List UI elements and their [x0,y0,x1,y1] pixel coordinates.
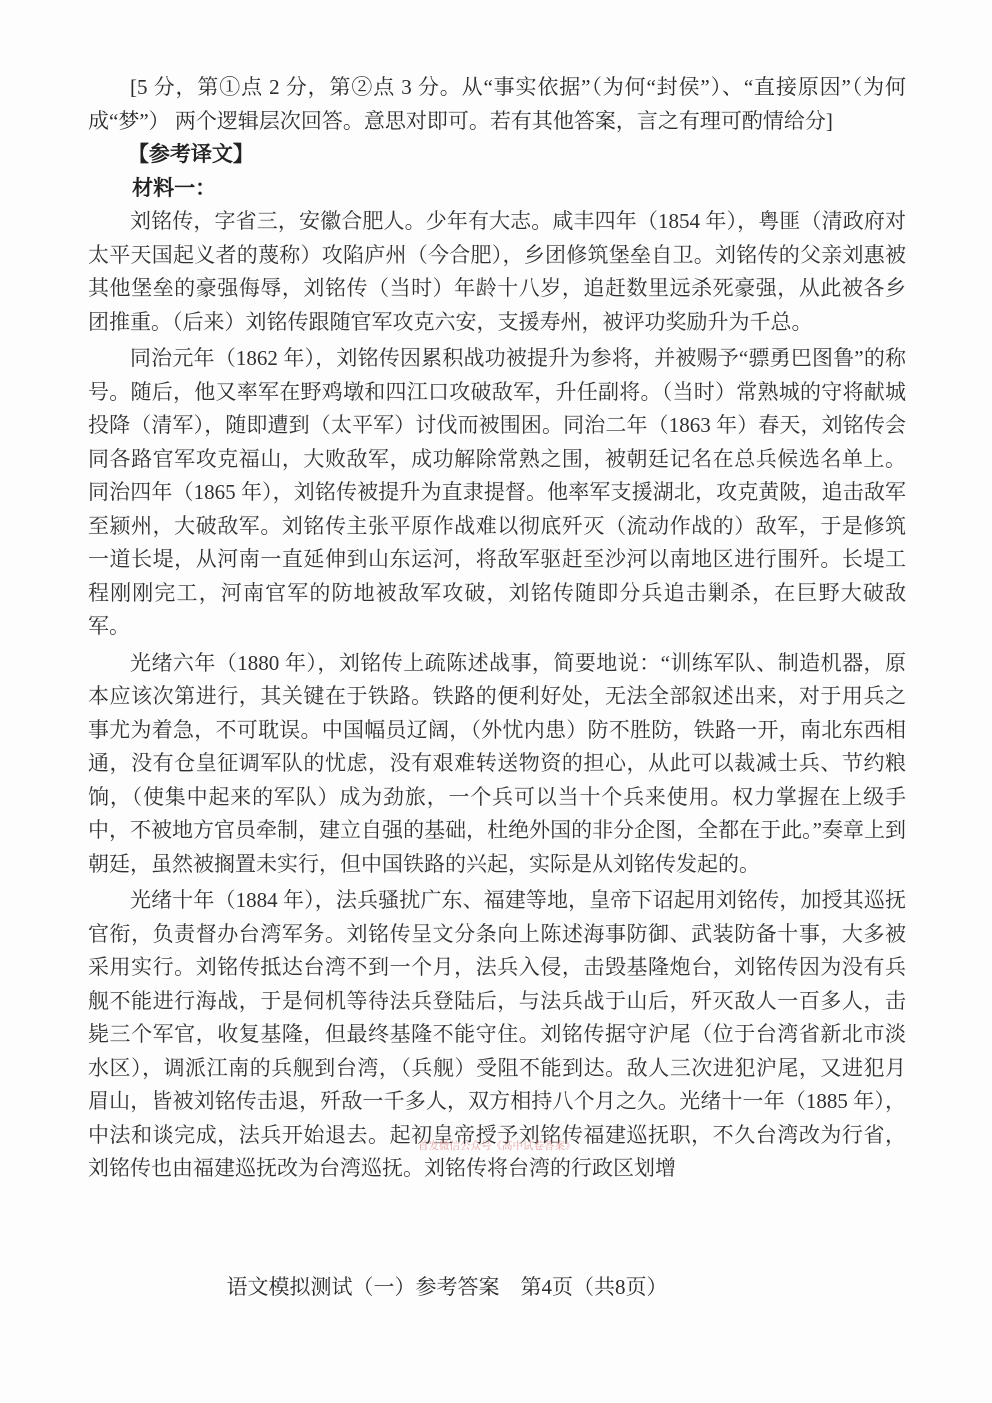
page-content: [5 分，第①点 2 分，第②点 3 分。从“事实依据”（为何“封侯”）、“直接… [88,71,906,1189]
translation-paragraph-2: 同治元年（1862 年），刘铭传因累积战功被提升为参将，并被赐予“骠勇巴图鲁”的… [88,342,906,644]
translation-paragraph-1: 刘铭传，字省三，安徽合肥人。少年有大志。咸丰四年（1854 年），粤匪（清政府对… [88,205,906,339]
translation-paragraph-3: 光绪六年（1880 年），刘铭传上疏陈述战事，简要地说：“训练军队、制造机器，原… [88,647,906,882]
translation-paragraph-4: 光绪十年（1884 年），法兵骚扰广东、福建等地，皇帝下诏起用刘铭传，加授其巡抚… [88,884,906,1186]
page-footer: 语文模拟测试（一）参考答案 第4页（共8页） [38,1272,856,1302]
scanned-answer-page: { "document": { "scoring_note": "[5 分，第①… [0,0,992,1403]
scoring-note: [5 分，第①点 2 分，第②点 3 分。从“事实依据”（为何“封侯”）、“直接… [88,71,906,138]
reference-translation-heading: 【参考译文】 [88,138,906,172]
material-one-heading: 材料一： [88,172,906,206]
